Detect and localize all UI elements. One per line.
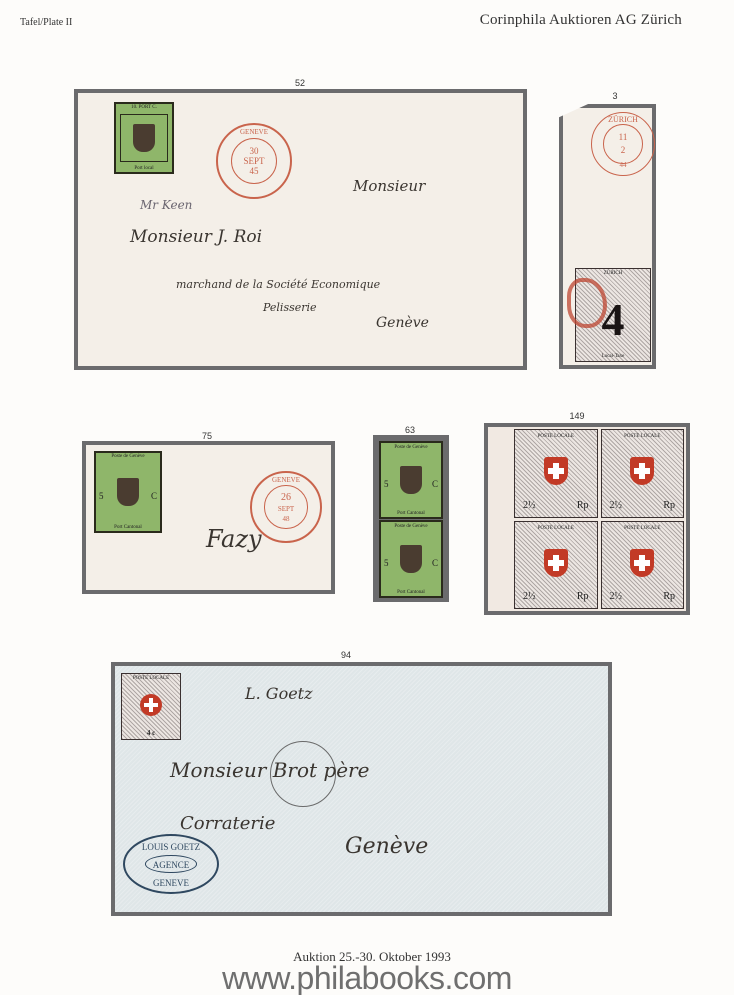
lot-149-stamp: POSTE LOCALE 2½ Rp bbox=[514, 521, 598, 610]
lot-149-stamp: POSTE LOCALE 2½ Rp bbox=[601, 521, 685, 610]
lot-63-stamp-upper: Poste de Genève 5 C Port Cantonal bbox=[379, 441, 443, 519]
lot-94-cover[interactable]: POSTE LOCALE 4 c L. Goetz Monsieur Brot … bbox=[111, 662, 612, 916]
coat-of-arms-icon bbox=[133, 124, 155, 152]
stamp-top-text: 10. PORT C. bbox=[116, 105, 172, 110]
lot-number-75: 75 bbox=[197, 431, 217, 441]
swiss-cross-icon bbox=[630, 549, 654, 577]
swiss-cross-icon bbox=[630, 457, 654, 485]
manuscript-signature: Fazy bbox=[206, 525, 262, 553]
manuscript-sender: L. Goetz bbox=[245, 684, 313, 703]
lot-52-stamp: 10. PORT C. Port local bbox=[114, 102, 174, 174]
manuscript-city: Genève bbox=[345, 834, 428, 859]
red-rosette-cancel-icon bbox=[567, 278, 607, 328]
lot-3-piece[interactable]: ZÜRICH 11 2 44 ZÜRICH 4 Local-Taxe bbox=[559, 104, 656, 369]
manuscript-docket: Mr Keen bbox=[140, 198, 192, 212]
manuscript-addressee: Monsieur Brot père bbox=[170, 758, 369, 782]
lot-63-stamp-lower: Poste de Genève 5 C Port Cantonal bbox=[379, 520, 443, 598]
publisher-title: Corinphila Auktioren AG Zürich bbox=[480, 12, 682, 29]
lot-75-piece[interactable]: Poste de Genève 5 C Port Cantonal GENEVE… bbox=[82, 441, 335, 594]
lot-number-52: 52 bbox=[280, 78, 320, 88]
lot-number-63: 63 bbox=[400, 425, 420, 435]
lot-number-149: 149 bbox=[562, 411, 592, 421]
lot-number-3: 3 bbox=[605, 91, 625, 101]
manuscript-line: marchand de la Société Economique bbox=[176, 278, 380, 291]
swiss-cross-icon bbox=[140, 694, 162, 716]
lot-52-cover[interactable]: 10. PORT C. Port local GENEVE 30 SEPT 45… bbox=[74, 89, 527, 370]
stamp-bottom-text: Port local bbox=[116, 166, 172, 171]
coat-of-arms-icon bbox=[117, 478, 139, 506]
coat-of-arms-icon bbox=[400, 545, 422, 573]
lot-94-cachet: LOUIS GOETZ AGENCE GENEVE bbox=[123, 834, 219, 894]
watermark-link[interactable]: www.philabooks.com bbox=[0, 960, 734, 995]
lot-149-stamp: POSTE LOCALE 2½ Rp bbox=[601, 429, 685, 518]
block-stamps: POSTE LOCALE 2½ Rp POSTE LOCALE 2½ Rp PO… bbox=[514, 429, 684, 609]
manuscript-line: Monsieur bbox=[353, 177, 425, 195]
coat-of-arms-icon bbox=[400, 466, 422, 494]
lot-149-block[interactable]: POSTE LOCALE 2½ Rp POSTE LOCALE 2½ Rp PO… bbox=[484, 423, 690, 615]
lot-94-stamp: POSTE LOCALE 4 c bbox=[121, 673, 181, 740]
manuscript-street: Corraterie bbox=[180, 813, 275, 834]
manuscript-line: Monsieur J. Roi bbox=[130, 227, 262, 247]
lot-63-pair[interactable]: Poste de Genève 5 C Port Cantonal Poste … bbox=[373, 435, 449, 602]
plate-label: Tafel/Plate II bbox=[20, 17, 72, 28]
manuscript-line: Genève bbox=[376, 315, 429, 331]
lot-number-94: 94 bbox=[336, 650, 356, 660]
swiss-cross-icon bbox=[544, 549, 568, 577]
lot-52-postmark: GENEVE 30 SEPT 45 bbox=[216, 123, 292, 199]
lot-3-postmark: ZÜRICH 11 2 44 bbox=[591, 112, 655, 176]
lot-149-stamp: POSTE LOCALE 2½ Rp bbox=[514, 429, 598, 518]
lot-75-stamp: Poste de Genève 5 C Port Cantonal bbox=[94, 451, 162, 533]
swiss-cross-icon bbox=[544, 457, 568, 485]
manuscript-line: Pelisserie bbox=[263, 301, 317, 314]
